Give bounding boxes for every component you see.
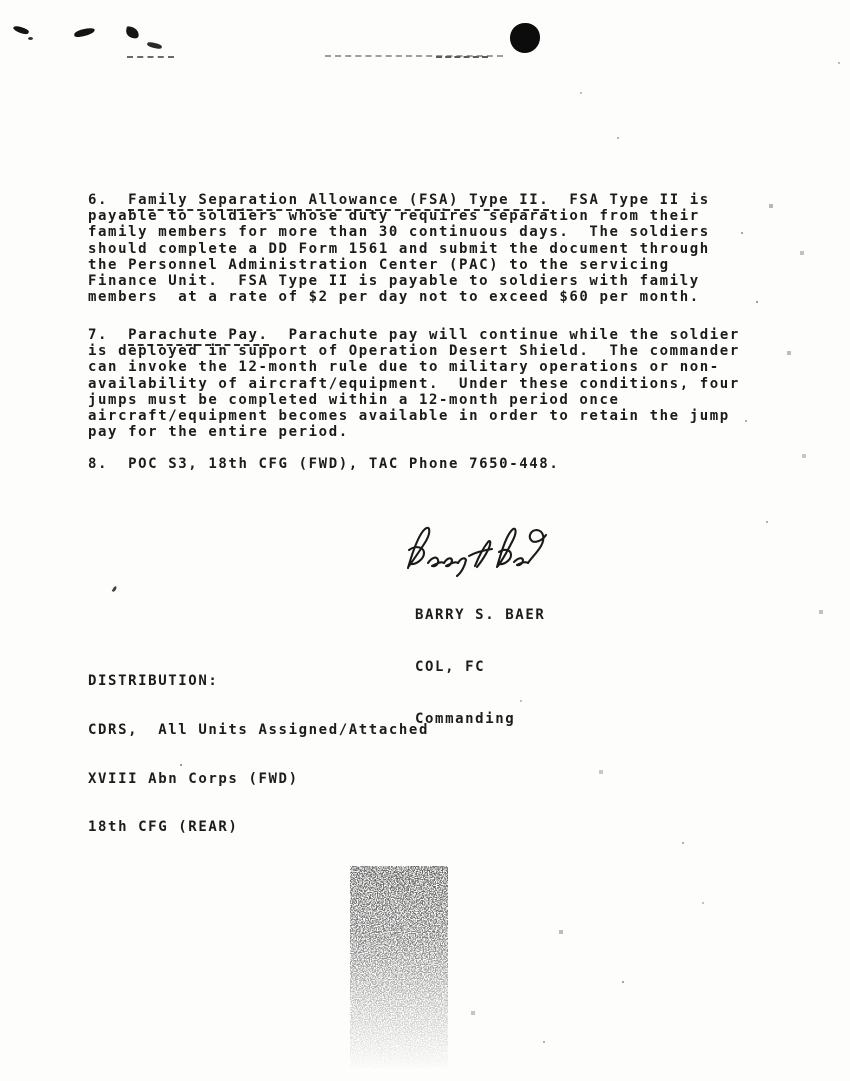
scan-dash-artifact [127, 56, 174, 58]
punch-hole-dot [510, 23, 540, 53]
scan-smudge-mark [147, 41, 163, 49]
scan-smudge-mark [28, 37, 33, 40]
signature-name: BARRY S. BAER [415, 607, 545, 624]
paragraph-6: 6. Family Separation Allowance (FSA) Typ… [88, 192, 778, 305]
scan-smudge-mark [12, 24, 29, 36]
paragraph-6-body: FSA Type II is payable to soldiers whose… [88, 192, 710, 305]
scan-smudge-mark [74, 27, 96, 38]
paragraph-7-body: Parachute pay will continue while the so… [88, 327, 740, 440]
paragraph-7: 7. Parachute Pay. Parachute pay will con… [88, 327, 778, 440]
distribution-line-2: XVIII Abn Corps (FWD) [88, 771, 429, 787]
scan-smudge-mark [125, 26, 139, 39]
handwritten-signature [399, 523, 549, 577]
signature-rank: COL, FC [415, 659, 545, 676]
distribution-block: DISTRIBUTION: CDRS, All Units Assigned/A… [88, 641, 429, 868]
paragraph-6-number: 6. [88, 192, 128, 208]
distribution-line-1: CDRS, All Units Assigned/Attached [88, 722, 429, 738]
distribution-line-3: 18th CFG (REAR) [88, 819, 429, 835]
paragraph-8-number: 8. [88, 456, 128, 472]
scan-speck [112, 586, 118, 593]
scanned-memo-page: 6. Family Separation Allowance (FSA) Typ… [0, 0, 850, 1081]
signature-title: Commanding [415, 711, 545, 728]
paragraph-8: 8. POC S3, 18th CFG (FWD), TAC Phone 765… [88, 456, 778, 472]
distribution-label: DISTRIBUTION: [88, 673, 429, 689]
scan-noise-specks [0, 0, 2, 2]
scan-dash-artifact [436, 56, 488, 58]
signature-block: BARRY S. BAER COL, FC Commanding [415, 573, 545, 762]
paragraph-8-body: POC S3, 18th CFG (FWD), TAC Phone 7650-4… [128, 456, 559, 472]
paragraph-7-number: 7. [88, 327, 128, 343]
scan-noise-blob [348, 862, 452, 1076]
